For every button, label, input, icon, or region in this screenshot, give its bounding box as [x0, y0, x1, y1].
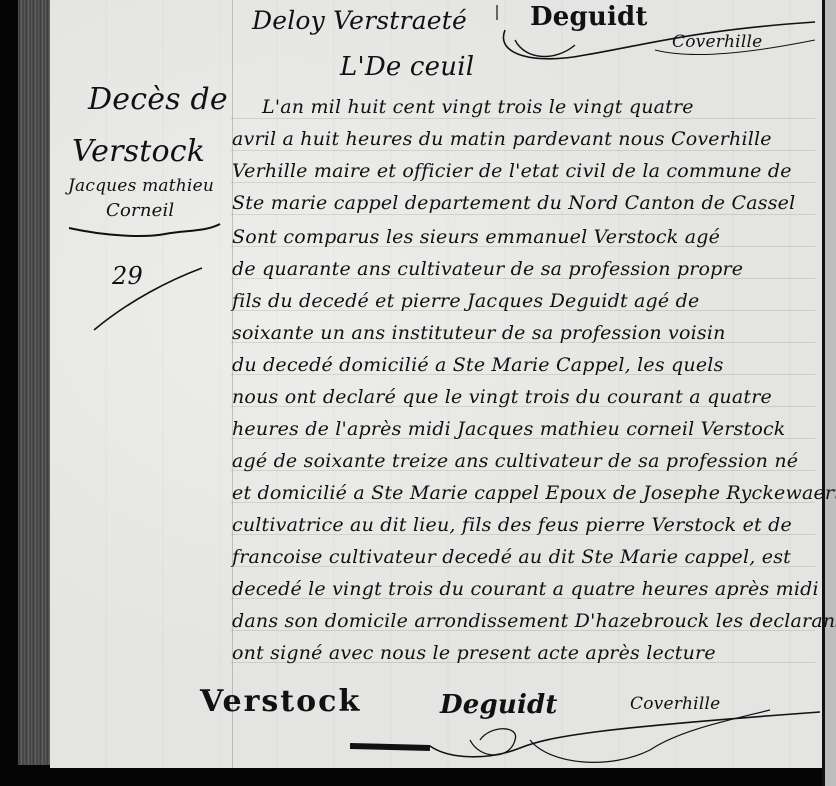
- ruled-line: [230, 182, 815, 183]
- body-line-8: soixante un ans instituteur de sa profes…: [232, 322, 726, 344]
- body-line-15: francoise cultivateur decedé au dit Ste …: [232, 546, 791, 568]
- ruled-line: [230, 150, 815, 151]
- body-line-18: ont signé avec nous le present acte aprè…: [232, 642, 716, 664]
- body-line-7: fils du decedé et pierre Jacques Deguidt…: [232, 290, 699, 312]
- declarant-signature-verstock: Verstock: [200, 684, 361, 719]
- ruled-line: [230, 214, 815, 215]
- body-line-3: Verhille maire et officier de l'etat civ…: [232, 160, 792, 182]
- body-line-13: et domicilié a Ste Marie cappel Epoux de…: [232, 482, 836, 504]
- body-line-9: du decedé domicilié a Ste Marie Cappel, …: [232, 354, 724, 376]
- body-line-1: L'an mil huit cent vingt trois le vingt …: [262, 96, 694, 118]
- body-line-6: de quarante ans cultivateur de sa profes…: [232, 258, 743, 280]
- body-line-5: Sont comparus les sieurs emmanuel Versto…: [232, 226, 720, 248]
- page-edge: [822, 0, 836, 786]
- body-line-10: nous ont declaré que le vingt trois du c…: [232, 386, 772, 408]
- body-line-4: Ste marie cappel departement du Nord Can…: [232, 192, 795, 214]
- body-line-16: decedé le vingt trois du courant a quatr…: [232, 578, 819, 600]
- body-line-17: dans son domicile arrondissement D'hazeb…: [232, 610, 836, 632]
- signature-flourish-bottom: [350, 690, 830, 770]
- body-line-12: agé de soixante treize ans cultivateur d…: [232, 450, 798, 472]
- margin-surname: Verstock: [72, 134, 205, 169]
- signature-flourish-top: [495, 0, 825, 80]
- margin-given-names: Jacques mathieu: [68, 176, 214, 196]
- entry-number-stroke: [90, 260, 210, 340]
- book-binding: [18, 0, 54, 765]
- entry-heading: L'De ceuil: [340, 52, 474, 82]
- body-line-11: heures de l'après midi Jacques mathieu c…: [232, 418, 786, 440]
- body-line-2: avril a huit heures du matin pardevant n…: [232, 128, 772, 150]
- body-line-14: cultivatrice au dit lieu, fils des feus …: [232, 514, 792, 536]
- witness-signature-top: Deloy Verstraeté: [252, 6, 467, 35]
- margin-title-deces: Decès de: [88, 82, 228, 117]
- margin-given-name-2: Corneil: [106, 200, 174, 221]
- margin-underline-flourish: [65, 222, 225, 242]
- ruled-line: [230, 118, 815, 119]
